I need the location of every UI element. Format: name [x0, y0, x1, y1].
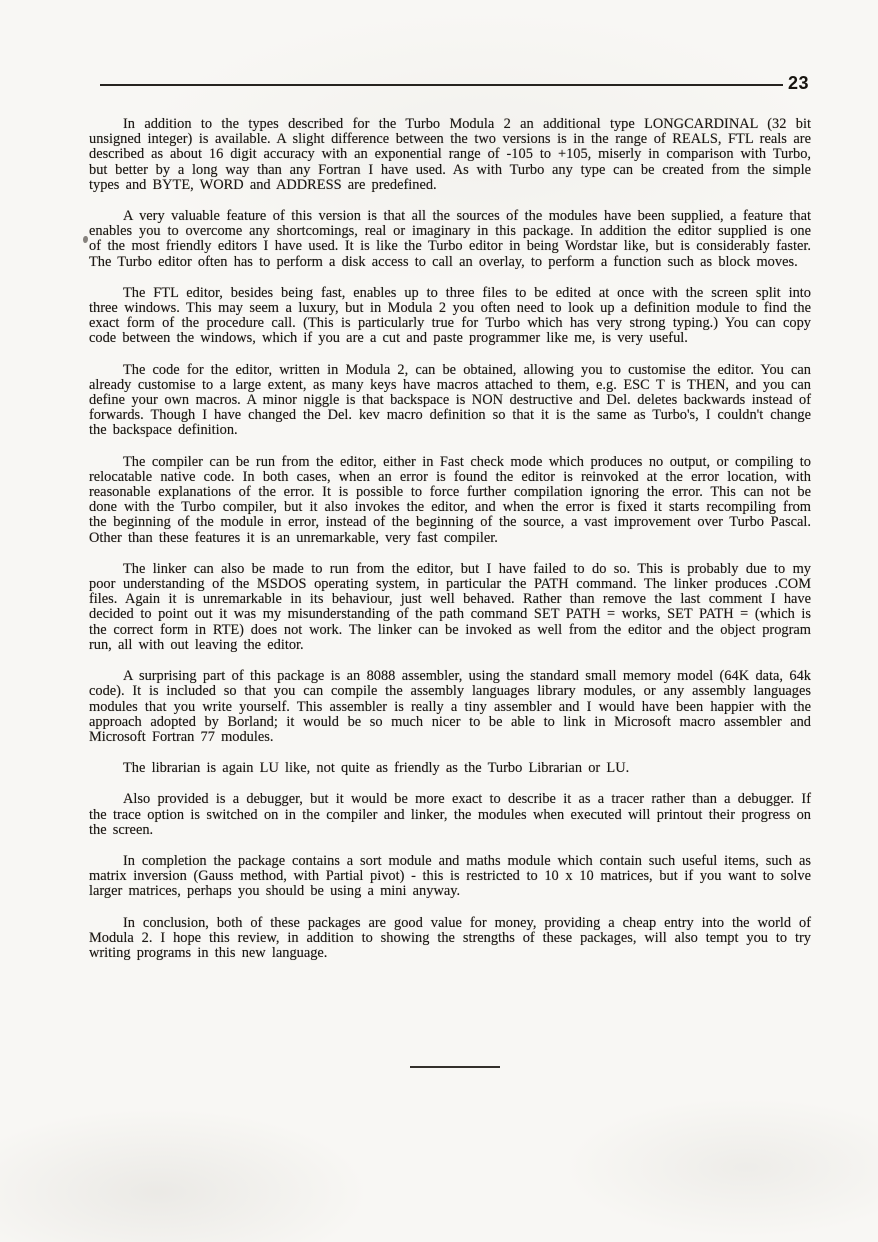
- paragraph-compiler: The compiler can be run from the editor,…: [89, 455, 811, 546]
- paragraph-assembler: A surprising part of this package is an …: [89, 669, 811, 745]
- paragraph-types: In addition to the types described for t…: [89, 117, 811, 193]
- header-rule: [100, 84, 783, 86]
- page-number: 23: [788, 73, 809, 94]
- paragraph-librarian: The librarian is again LU like, not quit…: [89, 761, 811, 776]
- scanned-page: 23 In addition to the types described fo…: [0, 0, 878, 1242]
- paragraph-debugger: Also provided is a debugger, but it woul…: [89, 792, 811, 838]
- paragraph-completion: In completion the package contains a sor…: [89, 854, 811, 900]
- paragraph-sources: A very valuable feature of this version …: [89, 209, 811, 270]
- paragraph-linker: The linker can also be made to run from …: [89, 562, 811, 653]
- paragraph-editor-code: The code for the editor, written in Modu…: [89, 363, 811, 439]
- article-body: In addition to the types described for t…: [89, 117, 811, 977]
- paragraph-ftl-editor: The FTL editor, besides being fast, enab…: [89, 286, 811, 347]
- scan-artifact-speck: [83, 236, 88, 243]
- end-divider: [410, 1066, 500, 1068]
- paragraph-conclusion: In conclusion, both of these packages ar…: [89, 916, 811, 962]
